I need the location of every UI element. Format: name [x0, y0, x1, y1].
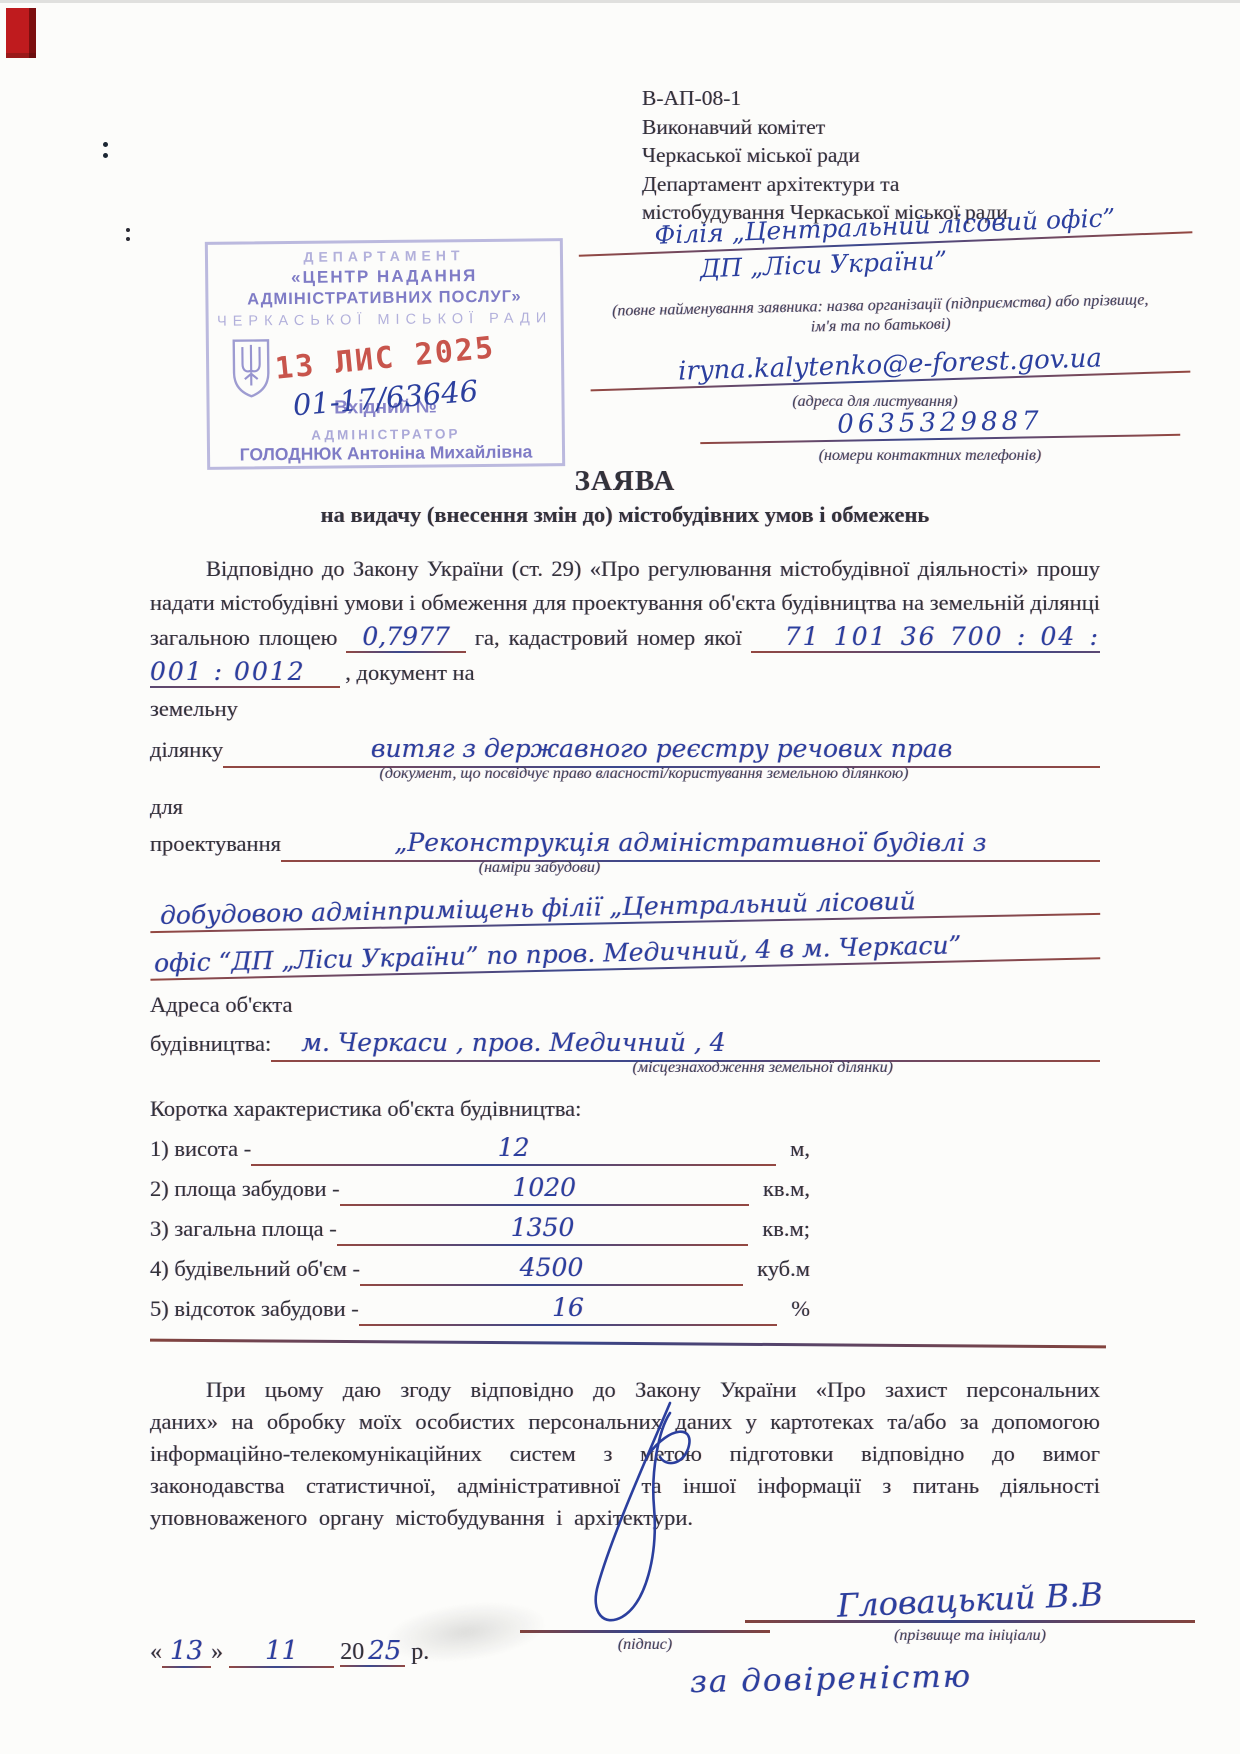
- design-intent-row: проектування „Реконструкція адміністрати…: [150, 826, 1100, 862]
- characteristic-label: 1) висота -: [150, 1133, 251, 1165]
- document-body: ЗАЯВА на видачу (внесення змін до) місто…: [150, 460, 1100, 1754]
- characteristic-row: 2) площа забудови - 1020 кв.м,: [150, 1172, 810, 1206]
- form-code: В-АП-08-1: [642, 84, 1008, 113]
- red-corner-artifact: [6, 8, 36, 58]
- address-label-line1: Адреса об'єкта: [150, 988, 1100, 1022]
- characteristics-heading: Коротка характеристика об'єкта будівницт…: [150, 1092, 1100, 1126]
- land-word: земельну: [150, 692, 1100, 726]
- address-label-line2: будівництва:: [150, 1027, 271, 1061]
- characteristic-unit: м,: [790, 1133, 810, 1165]
- land-document-value: витяг з державного реєстру речових прав: [223, 732, 1100, 768]
- cadastre-tail: , документ на: [345, 660, 474, 685]
- section-divider: [150, 1339, 1106, 1349]
- characteristic-label: 2) площа забудови -: [150, 1173, 340, 1205]
- year-suffix: р.: [411, 1639, 429, 1665]
- recipient-line: Черкаської міської ради: [642, 141, 1008, 170]
- signature-stroke: [520, 1395, 770, 1630]
- characteristic-value: 16: [359, 1292, 777, 1326]
- characteristic-label: 5) відсоток забудови -: [150, 1293, 359, 1325]
- stamp-org-line: ЧЕРКАСЬКОЇ МІСЬКОЇ РАДИ: [209, 310, 561, 330]
- signature-block: (підпис): [520, 1395, 770, 1655]
- scanner-edge-artifact: [0, 0, 1240, 3]
- characteristic-value: 1350: [337, 1212, 749, 1246]
- characteristic-unit: кв.м,: [763, 1173, 810, 1205]
- date-month-value: 11: [229, 1636, 334, 1668]
- applicant-org-line2: ДП „Ліси України”: [700, 246, 948, 284]
- design-intent-line1: „Реконструкція адміністративної будівлі …: [281, 826, 1100, 862]
- cadastre-label: кадастровий номер якої: [509, 625, 742, 650]
- registration-stamp: ДЕПАРТАМЕНТ «ЦЕНТР НАДАННЯ АДМІНІСТРАТИВ…: [205, 238, 565, 470]
- scanned-application-page: В-АП-08-1 Виконавчий комітет Черкаської …: [0, 0, 1240, 1754]
- design-intent-line2: добудовою адмінприміщень філії „Централь…: [150, 883, 1100, 933]
- construction-address-value: м. Черкаси , пров. Медичний , 4: [271, 1026, 1100, 1062]
- signature-section: «13» 11 2025 р. (підпис) Гловацький В.В …: [150, 1610, 1100, 1754]
- characteristic-value: 1020: [340, 1172, 749, 1206]
- date-line: «13» 11 2025 р.: [150, 1634, 429, 1669]
- design-intent-line3: офіс “ДП „Ліси України” по пров. Медични…: [150, 927, 1100, 981]
- application-title: ЗАЯВА: [150, 464, 1100, 498]
- characteristic-value: 4500: [360, 1252, 743, 1286]
- ink-dots-artifact: [126, 228, 130, 232]
- recipient-block: В-АП-08-1 Виконавчий комітет Черкаської …: [642, 84, 1008, 227]
- recipient-line: Виконавчий комітет: [642, 113, 1008, 142]
- applicant-email-value: iryna.kalytenko@e-forest.gov.ua: [590, 341, 1191, 392]
- address-row: будівництва: м. Черкаси , пров. Медичний…: [150, 1026, 1100, 1062]
- plot-document-row: ділянку витяг з державного реєстру речов…: [150, 732, 1100, 768]
- characteristic-unit: кв.м;: [762, 1213, 810, 1245]
- signature-caption: (підпис): [520, 1635, 770, 1655]
- request-paragraph: Відповідно до Закону України (ст. 29) «П…: [150, 552, 1100, 690]
- date-year: 2025: [340, 1639, 405, 1667]
- name-caption: (прізвище та ініціали): [745, 1626, 1195, 1646]
- characteristic-row: 4) будівельний об'єм - 4500 куб.м: [150, 1252, 810, 1286]
- plot-label: ділянку: [150, 733, 223, 767]
- signature-line: [520, 1630, 770, 1633]
- recipient-line: Департамент архітектури та: [642, 170, 1008, 199]
- characteristic-row: 3) загальна площа - 1350 кв.м;: [150, 1212, 810, 1246]
- stamp-org-line: «ЦЕНТР НАДАННЯ: [208, 265, 560, 289]
- stamp-org-line: АДМІНІСТРАТИВНИХ ПОСЛУГ»: [208, 287, 560, 310]
- characteristic-label: 4) будівельний об'єм -: [150, 1253, 360, 1285]
- design-label: проектування: [150, 827, 281, 861]
- land-area-value: 0,7977: [346, 622, 465, 653]
- ink-dots-artifact: [103, 142, 108, 147]
- characteristic-label: 3) загальна площа -: [150, 1213, 337, 1245]
- characteristic-value: 12: [251, 1132, 776, 1166]
- stamp-org-line: ДЕПАРТАМЕНТ: [208, 246, 560, 266]
- date-year-hand: 25: [364, 1636, 405, 1666]
- date-day-value: 13: [162, 1636, 211, 1668]
- power-of-attorney-note: за довіреністю: [690, 1654, 1196, 1699]
- characteristic-unit: %: [791, 1293, 810, 1325]
- characteristic-row: 5) відсоток забудови - 16 %: [150, 1292, 810, 1326]
- quote-close: »: [211, 1639, 223, 1665]
- for-word: для: [150, 790, 1100, 824]
- quote-open: «: [150, 1639, 162, 1665]
- application-subtitle: на видачу (внесення змін до) містобудівн…: [150, 498, 1100, 532]
- characteristic-unit: куб.м: [757, 1253, 810, 1285]
- name-block: Гловацький В.В (прізвище та ініціали) за…: [745, 1580, 1195, 1694]
- applicant-caption: (повне найменування заявника: назва орга…: [598, 290, 1164, 342]
- area-unit: га,: [475, 625, 500, 650]
- characteristic-row: 1) висота - 12 м,: [150, 1132, 810, 1166]
